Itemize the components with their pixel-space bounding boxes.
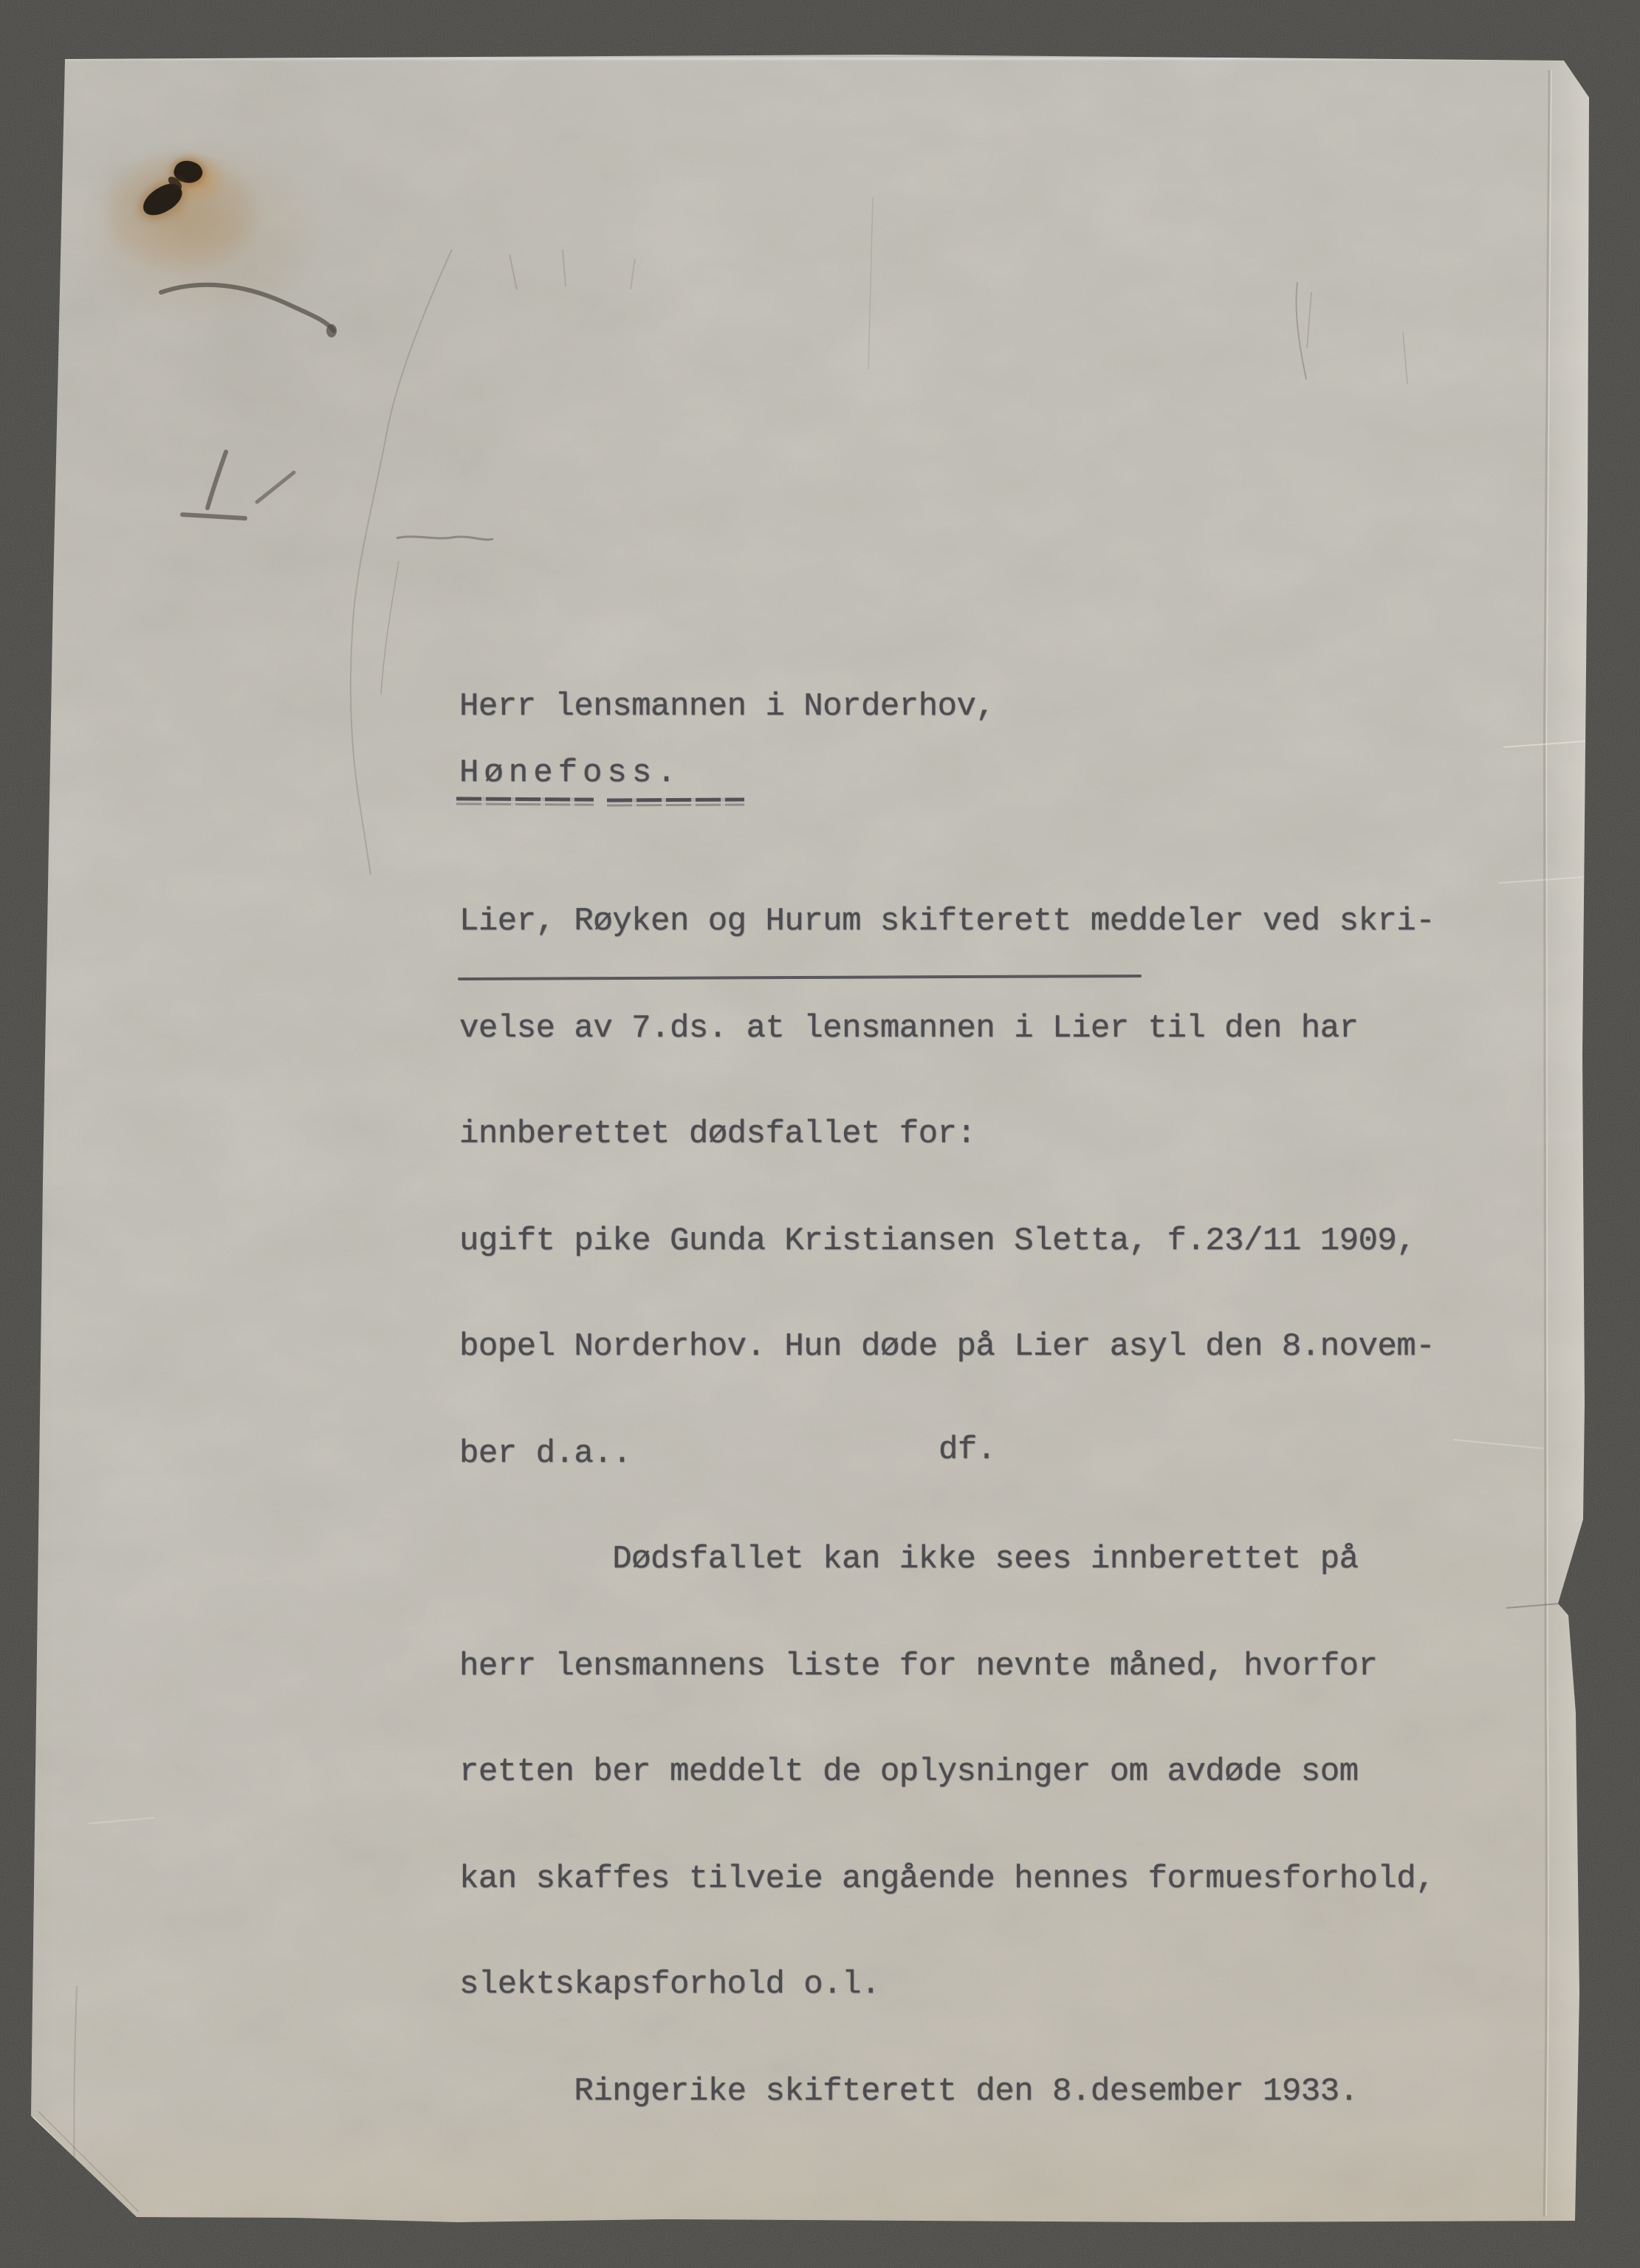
victim-line: ugift pike Gunda Kristiansen Sletta, f.2… bbox=[459, 1223, 1435, 1259]
corner-fold-highlight bbox=[32, 2117, 134, 2218]
scratch-right-1 bbox=[1296, 282, 1306, 379]
scratch-right-3 bbox=[1403, 332, 1407, 384]
scratch-right-2 bbox=[1307, 292, 1311, 348]
scratch-1 bbox=[510, 255, 517, 289]
signature-initials: df. bbox=[939, 1432, 996, 1468]
pencil-arrow-stroke-1 bbox=[207, 452, 226, 508]
right-fold-light-strip bbox=[1545, 61, 1589, 2222]
corner-fold-shadow bbox=[38, 2111, 139, 2212]
pencil-squiggle-mark bbox=[397, 537, 493, 540]
body-line: Lier, Røyken og Hurum skifterett meddele… bbox=[459, 904, 1435, 939]
pencil-arrow-stroke-2 bbox=[257, 472, 294, 502]
top-left-shading bbox=[44, 44, 709, 856]
body-line: retten ber meddelt de oplysninger om avd… bbox=[459, 1754, 1435, 1790]
vertical-crease-left-center bbox=[351, 250, 452, 875]
scan-background: Herr lensmannen i Norderhov, Hønefoss. L… bbox=[0, 0, 1640, 2268]
body-line: Ringerike skifterett den 8.desember 1933… bbox=[459, 2074, 1435, 2109]
right-fold-crease-shadow bbox=[1543, 70, 1549, 2216]
scratch-2 bbox=[563, 250, 566, 286]
place-underline-segment-1 bbox=[456, 797, 594, 801]
paper-sheet: Herr lensmannen i Norderhov, Hønefoss. L… bbox=[0, 0, 1640, 2268]
scratch-center-top bbox=[868, 198, 873, 369]
tear-flap-highlight bbox=[1560, 1522, 1585, 1602]
place-underline-segment-2 bbox=[607, 798, 744, 803]
place-underline-echo-2 bbox=[607, 804, 744, 807]
body-line: kan skaffes tilveie angående hennes form… bbox=[459, 1861, 1435, 1897]
body-line: velse av 7.ds. at lensmannen i Lier til … bbox=[459, 1011, 1435, 1046]
body-line: innberettet dødsfallet for: bbox=[459, 1116, 1435, 1152]
right-crease-1 bbox=[1503, 741, 1585, 747]
vertical-crease-echo bbox=[381, 561, 399, 694]
right-crease-2 bbox=[1499, 877, 1583, 883]
bottom-left-corner-fold bbox=[32, 2114, 136, 2219]
victim-underlined-phrase: ugift pike Gunda Kristiansen Sletta, bbox=[459, 1223, 1148, 1260]
tear-crease bbox=[1506, 1604, 1560, 1608]
paper-top-edge-highlight bbox=[65, 58, 1579, 61]
letter-body: Lier, Røyken og Hurum skifterett meddele… bbox=[459, 833, 1435, 2179]
victim-line-rest: f.23/11 1909, bbox=[1148, 1223, 1416, 1260]
scratch-3 bbox=[631, 258, 635, 289]
recipient-line: Herr lensmannen i Norderhov, bbox=[459, 689, 995, 724]
pencil-arc-mark bbox=[161, 285, 334, 331]
place-underline-echo-1 bbox=[456, 803, 594, 805]
left-crease-faint bbox=[89, 1818, 155, 1824]
burn-stain-halo bbox=[74, 129, 288, 295]
body-line: herr lensmannens liste for nevnte måned,… bbox=[459, 1649, 1435, 1684]
place-line: Hønefoss. bbox=[459, 755, 682, 791]
body-line: bopel Norderhov. Hun døde på Lier asyl d… bbox=[459, 1329, 1435, 1364]
body-line: slektskapsforhold o.l. bbox=[459, 1967, 1435, 2002]
pencil-arrow-stroke-3 bbox=[182, 515, 245, 518]
burn-stain-outer-halo bbox=[44, 111, 354, 354]
right-fold-crease-light bbox=[1545, 70, 1551, 2216]
left-bottom-crease bbox=[74, 1986, 77, 2215]
right-crease-3 bbox=[1453, 1440, 1543, 1449]
pencil-arc-end-blob bbox=[326, 324, 337, 337]
body-line: Dødsfallet kan ikke sees innberettet på bbox=[459, 1542, 1435, 1577]
